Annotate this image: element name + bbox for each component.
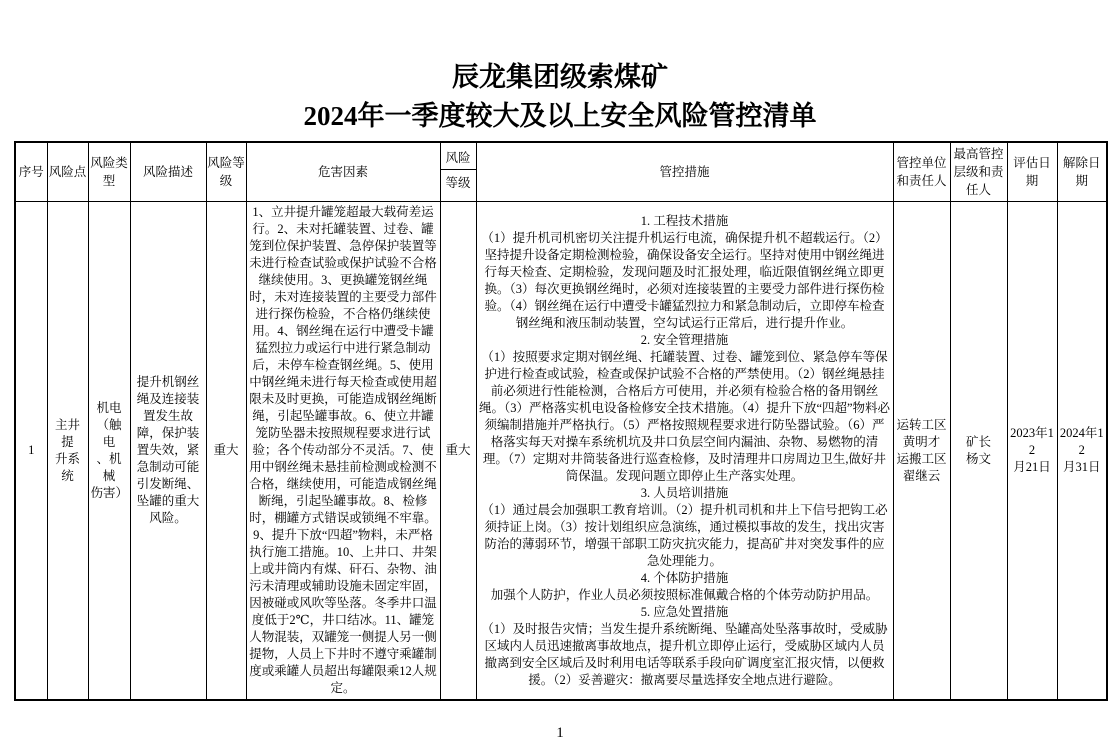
header-risk-point: 风险点 (47, 142, 88, 202)
cell-risk-level-2: 重大 (440, 202, 476, 701)
table-header-row: 序号 风险点 风险类型 风险描述 风险等级 危害因素 风险 等级 管控措施 管控… (15, 142, 1107, 202)
risk-control-table: 序号 风险点 风险类型 风险描述 风险等级 危害因素 风险 等级 管控措施 管控… (14, 141, 1108, 701)
cell-risk-type: 机电 （触电 、机械 伤害） (88, 202, 130, 701)
cell-seq: 1 (15, 202, 47, 701)
cell-risk-point: 主井提 升系统 (47, 202, 88, 701)
header-risk-level-2-top: 风险 (441, 147, 476, 170)
header-measures: 管控措施 (476, 142, 893, 202)
header-risk-level: 风险等级 (206, 142, 246, 202)
document-title-line1: 辰龙集团级索煤矿 (0, 0, 1120, 95)
cell-control-unit: 运转工区 黄明才 运搬工区 翟继云 (893, 202, 950, 701)
header-seq: 序号 (15, 142, 47, 202)
cell-hazards: 1、立井提升罐笼超最大载荷差运行。2、未对托罐装置、过卷、罐笼到位保护装置、急停… (246, 202, 440, 701)
document-title-line2: 2024年一季度较大及以上安全风险管控清单 (0, 99, 1120, 134)
cell-release-date: 2024年12 月31日 (1057, 202, 1107, 701)
header-top-control: 最高管控层级和责任人 (950, 142, 1007, 202)
cell-top-control: 矿长 杨文 (950, 202, 1007, 701)
cell-risk-level: 重大 (206, 202, 246, 701)
header-risk-type: 风险类型 (88, 142, 130, 202)
header-risk-desc: 风险描述 (130, 142, 206, 202)
cell-risk-desc: 提升机钢丝绳及连接装置发生故障，保护装置失效，紧急制动可能引发断绳、坠罐的重大风… (130, 202, 206, 701)
table-row: 1 主井提 升系统 机电 （触电 、机械 伤害） 提升机钢丝绳及连接装置发生故障… (15, 202, 1107, 701)
header-risk-level-2: 风险 等级 (440, 142, 476, 202)
page-number: 1 (0, 725, 1120, 742)
header-risk-level-2-bottom: 等级 (441, 170, 476, 197)
cell-eval-date: 2023年12 月21日 (1007, 202, 1057, 701)
cell-measures: 1. 工程技术措施 （1）提升机司机密切关注提升机运行电流，确保提升机不超载运行… (476, 202, 893, 701)
header-control-unit: 管控单位和责任人 (893, 142, 950, 202)
document-page: 辰龙集团级索煤矿 2024年一季度较大及以上安全风险管控清单 序号 风险点 风险… (0, 0, 1120, 754)
header-hazards: 危害因素 (246, 142, 440, 202)
header-release-date: 解除日期 (1057, 142, 1107, 202)
header-eval-date: 评估日期 (1007, 142, 1057, 202)
